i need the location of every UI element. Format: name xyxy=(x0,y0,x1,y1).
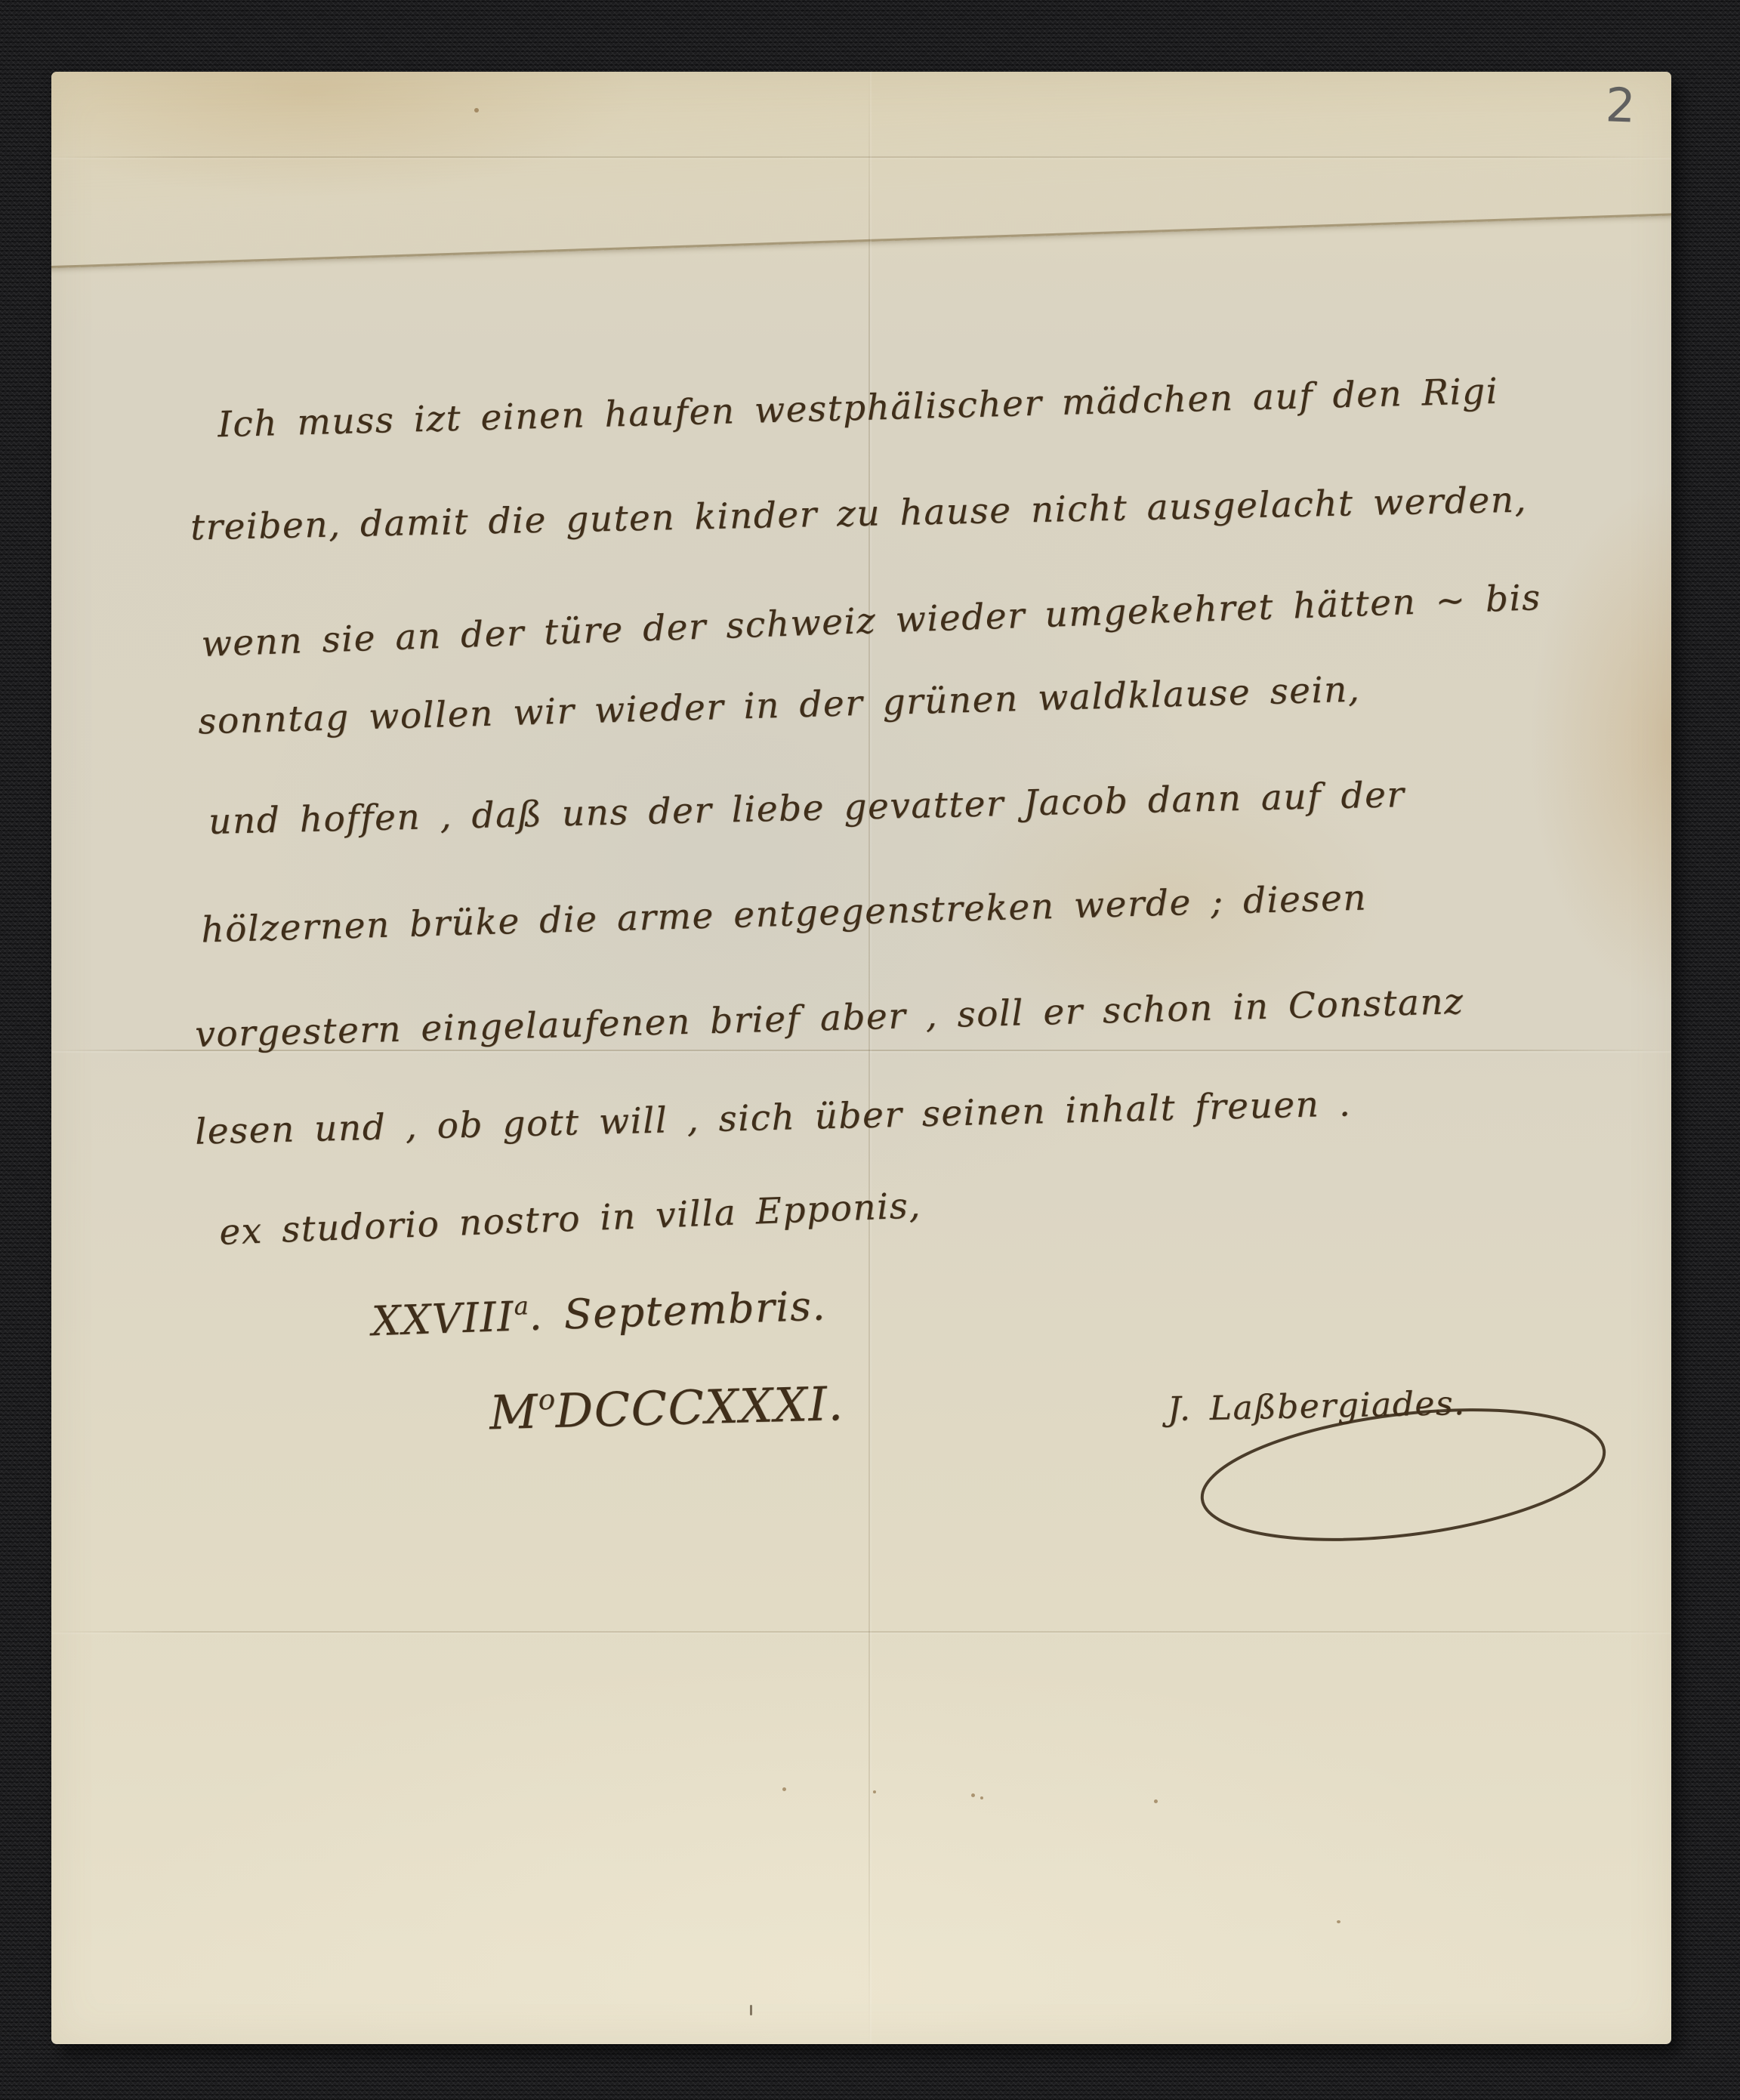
letter-line-4: sonntag wollen wir wieder in der grünen … xyxy=(198,669,1361,743)
year-superscript: o xyxy=(538,1383,556,1417)
foxing-speck xyxy=(1154,1799,1158,1803)
foxing-speck xyxy=(873,1790,876,1793)
ink-speck xyxy=(750,2005,752,2015)
crease-line-vertical xyxy=(868,72,870,2044)
letter-date-line: XXVIIIa. Septembris. xyxy=(371,1281,827,1346)
letter-place-line: ex studorio nostro in villa Epponis, xyxy=(218,1185,921,1254)
date-rest: . Septembris. xyxy=(528,1281,827,1340)
letter-line-1: Ich muss izt einen haufen westphälischer… xyxy=(217,371,1499,446)
foxing-speck xyxy=(1337,1920,1340,1923)
foxing-speck xyxy=(980,1796,983,1799)
foxing-speck xyxy=(971,1793,975,1797)
year-rest: DCCCXXXI. xyxy=(554,1376,844,1439)
letter-paper: 2 Ich muss izt einen haufen westphälisch… xyxy=(51,72,1671,2044)
photo-background: 2 Ich muss izt einen haufen westphälisch… xyxy=(0,0,1740,2100)
signature: J. Laßbergiades. xyxy=(1168,1384,1467,1429)
date-numeral: XXVIII xyxy=(371,1293,515,1346)
letter-line-2: treiben, damit die guten kinder zu hause… xyxy=(190,479,1528,548)
letter-line-5: und hoffen , daß uns der liebe gevatter … xyxy=(208,774,1405,843)
letter-line-8: lesen und , ob gott will , sich über sei… xyxy=(195,1083,1352,1152)
year-prefix: M xyxy=(489,1384,539,1441)
letter-line-3: wenn sie an der türe der schweiz wieder … xyxy=(201,577,1542,665)
folio-number: 2 xyxy=(1605,77,1637,133)
top-fold-crease xyxy=(51,72,1671,269)
foxing-speck xyxy=(474,108,479,113)
crease-line-lower xyxy=(51,1631,1671,1633)
date-superscript: a xyxy=(514,1291,529,1321)
foxing-speck xyxy=(782,1787,786,1791)
crease-line-upper xyxy=(51,156,1671,158)
letter-line-7: vorgestern eingelaufenen brief aber , so… xyxy=(195,981,1465,1056)
letter-year-line: MoDCCCXXXI. xyxy=(489,1375,844,1440)
letter-line-6: hölzernen brüke die arme entgegenstreken… xyxy=(201,877,1368,951)
